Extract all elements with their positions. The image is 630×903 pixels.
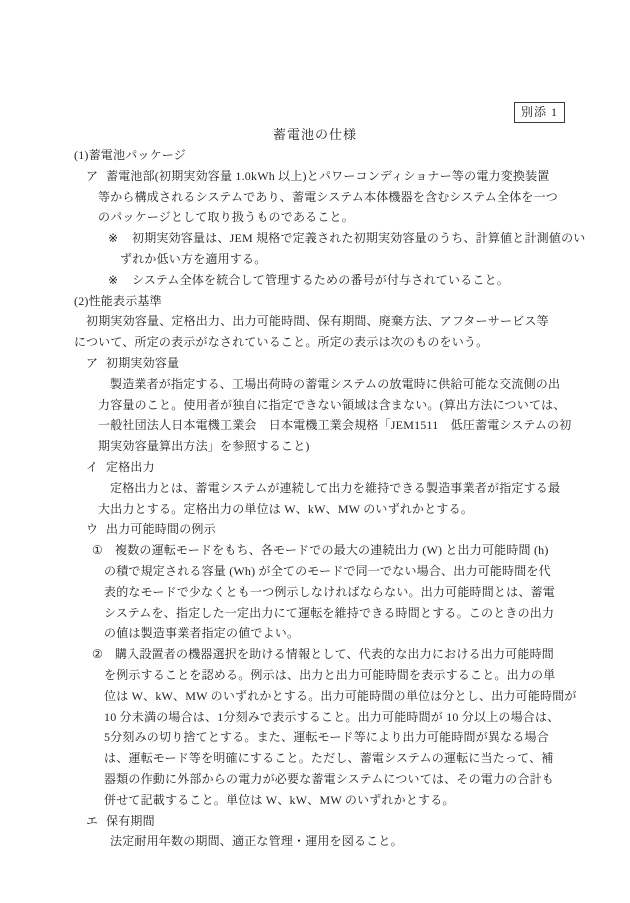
document-body: (1)蓄電池パッケージア蓄電池部(初期実効容量 1.0kWh 以上)とパワーコン… [0,145,630,852]
text-line: 一般社団法人日本電機工業会 日本電機工業会規格「JEM1511 低圧蓄電システム… [98,415,630,436]
text-line: システムを、指定した一定出力にて運転を維持できる時間とする。このときの出力 [104,603,630,624]
text-line: ア初期実効容量 [86,353,630,374]
text-line: 力容量のこと。使用者が独自に指定できない領域は含まない。(算出方法については、 [98,395,630,416]
item-label: ② [92,644,115,665]
item-label: ア [86,353,106,374]
attachment-tag: 別添 1 [514,102,565,123]
text-line: ウ出力可能時間の例示 [86,519,630,540]
text-line: 定格出力とは、蓄電システムが連続して出力を維持できる製造事業者が指定する最 [110,478,630,499]
text-line: 表的なモードで少なくとも一つ例示しなければならない。出力可能時間とは、蓄電 [104,582,630,603]
text-line: 10 分未満の場合は、1分刻みで表示すること。出力可能時間が 10 分以上の場合… [104,707,630,728]
item-label: ① [92,540,115,561]
text-line: は、運転モード等を明確にすること。ただし、蓄電システムの運転に当たって、補 [104,748,630,769]
text-line: 5分刻みの切り捨てとする。また、運転モード等により出力可能時間が異なる場合 [104,727,630,748]
page-title: 蓄電池の仕様 [0,127,630,143]
text-line: について、所定の表示がなされていること。所定の表示は次のものをいう。 [74,332,630,353]
text-line: の積で規定される容量 (Wh) が全てのモードで同一でない場合、出力可能時間を代 [104,561,630,582]
text-line: 併せて記載すること。単位は W、kW、MW のいずれかとする。 [104,790,630,811]
text-line: ア蓄電池部(初期実効容量 1.0kWh 以上)とパワーコンディショナー等の電力変… [86,166,630,187]
text-line: 期実効容量算出方法」を参照すること) [98,436,630,457]
text-line: ※初期実効容量は、JEM 規格で定義された初期実効容量のうち、計算値と計測値のい [108,228,630,249]
text-line: 初期実効容量、定格出力、出力可能時間、保有期間、廃棄方法、アフターサービス等 [86,311,630,332]
text-line: (2)性能表示基準 [74,291,630,312]
text-line: 位は W、kW、MW のいずれかとする。出力可能時間の単位は分とし、出力可能時間… [104,686,630,707]
document-page: 別添 1 蓄電池の仕様 (1)蓄電池パッケージア蓄電池部(初期実効容量 1.0k… [0,0,630,903]
text-line: ずれか低い方を適用する。 [120,249,630,270]
text-line: イ定格出力 [86,457,630,478]
item-label: ア [86,166,106,187]
text-line: を例示することを認める。例示は、出力と出力可能時間を表示すること。出力の単 [104,665,630,686]
item-label: エ [86,811,106,832]
text-line: の値は製造事業者指定の値でよい。 [104,623,630,644]
text-line: 製造業者が指定する、工場出荷時の蓄電システムの放電時に供給可能な交流側の出 [110,374,630,395]
text-line: 等から構成されるシステムであり、蓄電システム本体機器を含むシステム全体を一つ [98,187,630,208]
text-line: 大出力とする。定格出力の単位は W、kW、MW のいずれかとする。 [98,499,630,520]
text-line: のパッケージとして取り扱うものであること。 [98,207,630,228]
item-label: ※ [108,228,132,249]
item-label: ウ [86,519,106,540]
text-line: ①複数の運転モードをもち、各モードでの最大の連続出力 (W) と出力可能時間 (… [92,540,630,561]
item-label: イ [86,457,106,478]
text-line: ②購入設置者の機器選択を助ける情報として、代表的な出力における出力可能時間 [92,644,630,665]
text-line: エ保有期間 [86,811,630,832]
text-line: 器類の作動に外部からの電力が必要な蓄電システムについては、その電力の合計も [104,769,630,790]
item-label: ※ [108,270,132,291]
text-line: (1)蓄電池パッケージ [74,145,630,166]
text-line: ※システム全体を統合して管理するための番号が付与されていること。 [108,270,630,291]
text-line: 法定耐用年数の期間、適正な管理・運用を図ること。 [110,831,630,852]
